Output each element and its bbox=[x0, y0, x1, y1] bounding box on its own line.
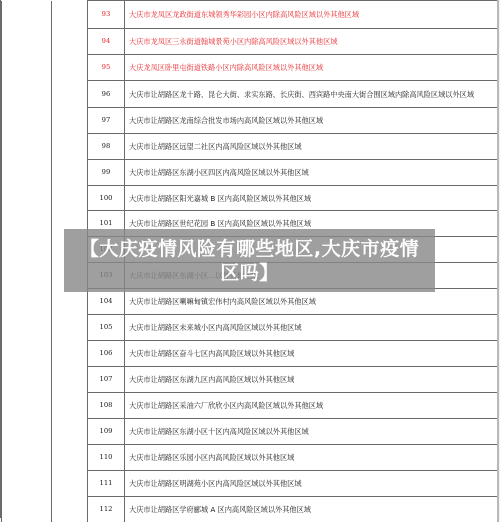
row-number: 95 bbox=[88, 55, 125, 81]
row-number: 96 bbox=[88, 81, 125, 108]
row-number: 105 bbox=[88, 315, 125, 341]
row-number: 110 bbox=[88, 445, 125, 471]
row-number: 111 bbox=[88, 471, 125, 497]
row-description: 大庆市让胡路区龙十路、昆仑大街、求实东路、长庆街、西宾路中央南大街合围区域内除高… bbox=[125, 81, 498, 108]
row-description: 大庆市让胡路区明湖苑小区内高风险区域以外其他区域 bbox=[125, 471, 498, 497]
row-number: 94 bbox=[88, 29, 125, 55]
merged-region-cell bbox=[2, 1, 52, 522]
row-number: 97 bbox=[88, 108, 125, 134]
row-number: 104 bbox=[88, 289, 125, 315]
row-description: 大庆市让胡路区远望二社区内高风险区域以外其他区域 bbox=[125, 134, 498, 160]
row-description: 大庆市让胡路区东湖九区内高风险区域以外其他区域 bbox=[125, 367, 498, 393]
row-number: 93 bbox=[88, 1, 125, 29]
row-number: 107 bbox=[88, 367, 125, 393]
row-description: 大庆市让胡路区乐园小区内高风险区域以外其他区域 bbox=[125, 445, 498, 471]
document-page: 93 大庆市龙凤区龙政街道东城领秀华彩园小区内除高风险区域以外其他区域 94 大… bbox=[0, 0, 500, 522]
row-description: 大庆市让胡路区喇嘛甸镇宏伟村内高风险区域以外其他区域 bbox=[125, 289, 498, 315]
page-right-edge bbox=[497, 0, 499, 522]
row-number: 100 bbox=[88, 186, 125, 211]
table-row: 93 大庆市龙凤区龙政街道东城领秀华彩园小区内除高风险区域以外其他区域 bbox=[2, 1, 498, 29]
row-description: 大庆市让胡路区阳光嘉城 B 区内高风险区域以外其他区域 bbox=[125, 186, 498, 211]
row-description: 大庆市让胡路区东湖小区十区内高风险区域以外其他区域 bbox=[125, 419, 498, 445]
row-description: 大庆市让胡路区奋斗七区内高风险区域以外其他区域 bbox=[125, 341, 498, 367]
article-title-overlay: 【大庆疫情风险有哪些地区,大庆市疫情区吗】 bbox=[64, 229, 435, 292]
row-description: 大庆龙凤区卧里屯街道铁路小区内除高风险区域以外其他区域 bbox=[125, 55, 498, 81]
row-description: 大庆市让胡路区采油六厂欣欣小区内高风险区域以外其他区域 bbox=[125, 393, 498, 419]
row-number: 106 bbox=[88, 341, 125, 367]
row-description: 大庆市让胡路区未来城小区内高风险区域以外其他区域 bbox=[125, 315, 498, 341]
article-title: 【大庆疫情风险有哪些地区,大庆市疫情区吗】 bbox=[80, 237, 420, 285]
row-description: 大庆市龙凤区龙政街道东城领秀华彩园小区内除高风险区域以外其他区域 bbox=[125, 1, 498, 29]
row-description: 大庆市让胡路区龙南综合批发市场内高风险区域以外其他区域 bbox=[125, 108, 498, 134]
row-number: 109 bbox=[88, 419, 125, 445]
row-number: 112 bbox=[88, 497, 125, 522]
row-number: 98 bbox=[88, 134, 125, 160]
row-number: 108 bbox=[88, 393, 125, 419]
row-description: 大庆市龙凤区三永街道翰城景苑小区内除高风险区域以外其他区域 bbox=[125, 29, 498, 55]
row-description: 大庆市让胡路区学府郦城 A 区内高风险区域以外其他区域 bbox=[125, 497, 498, 522]
row-description: 大庆市让胡路区东湖小区四区内高风险区域以外其他区域 bbox=[125, 160, 498, 186]
row-number: 99 bbox=[88, 160, 125, 186]
